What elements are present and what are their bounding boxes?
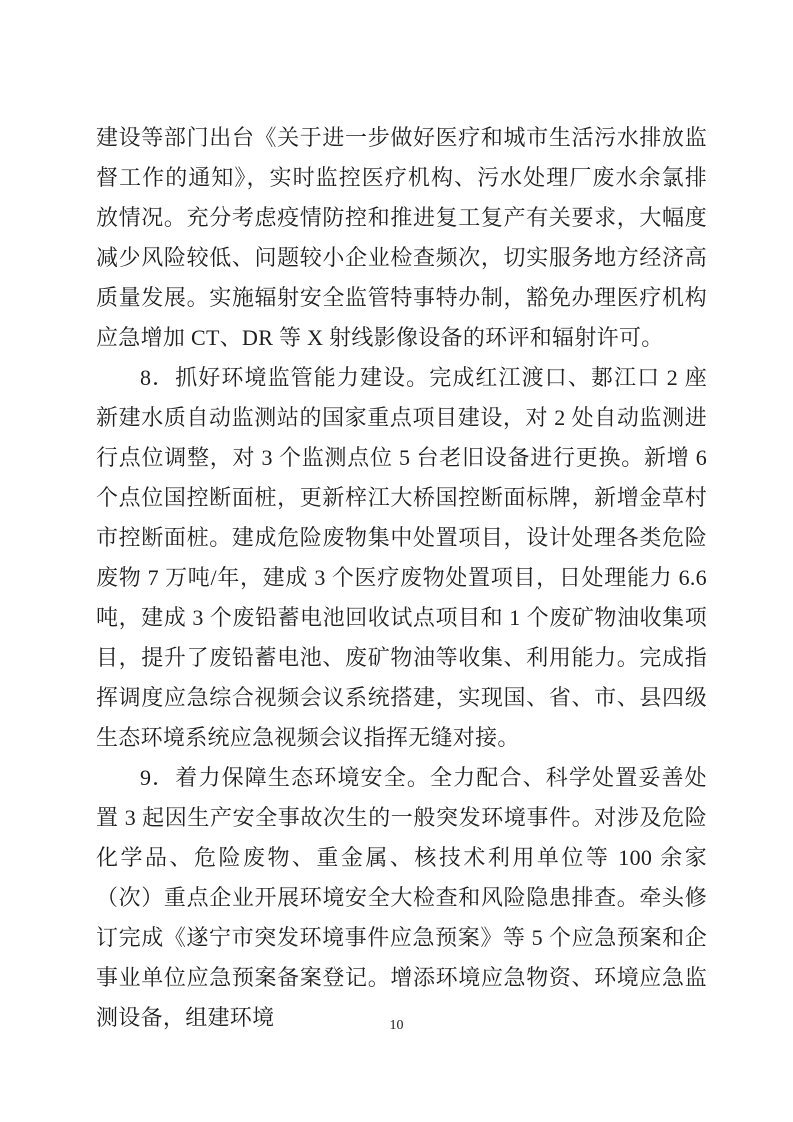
page-number: 10: [0, 1018, 793, 1034]
paragraph-item-9: 9．着力保障生态环境安全。全力配合、科学处置妥善处置 3 起因生产安全事故次生的…: [96, 758, 707, 1038]
paragraph-item-8: 8．抓好环境监管能力建设。完成红江渡口、郪江口 2 座新建水质自动监测站的国家重…: [96, 358, 707, 758]
document-page: 建设等部门出台《关于进一步做好医疗和城市生活污水排放监督工作的通知》，实时监控医…: [0, 0, 793, 1122]
paragraph-continuation: 建设等部门出台《关于进一步做好医疗和城市生活污水排放监督工作的通知》，实时监控医…: [96, 118, 707, 358]
document-body: 建设等部门出台《关于进一步做好医疗和城市生活污水排放监督工作的通知》，实时监控医…: [96, 118, 707, 1038]
